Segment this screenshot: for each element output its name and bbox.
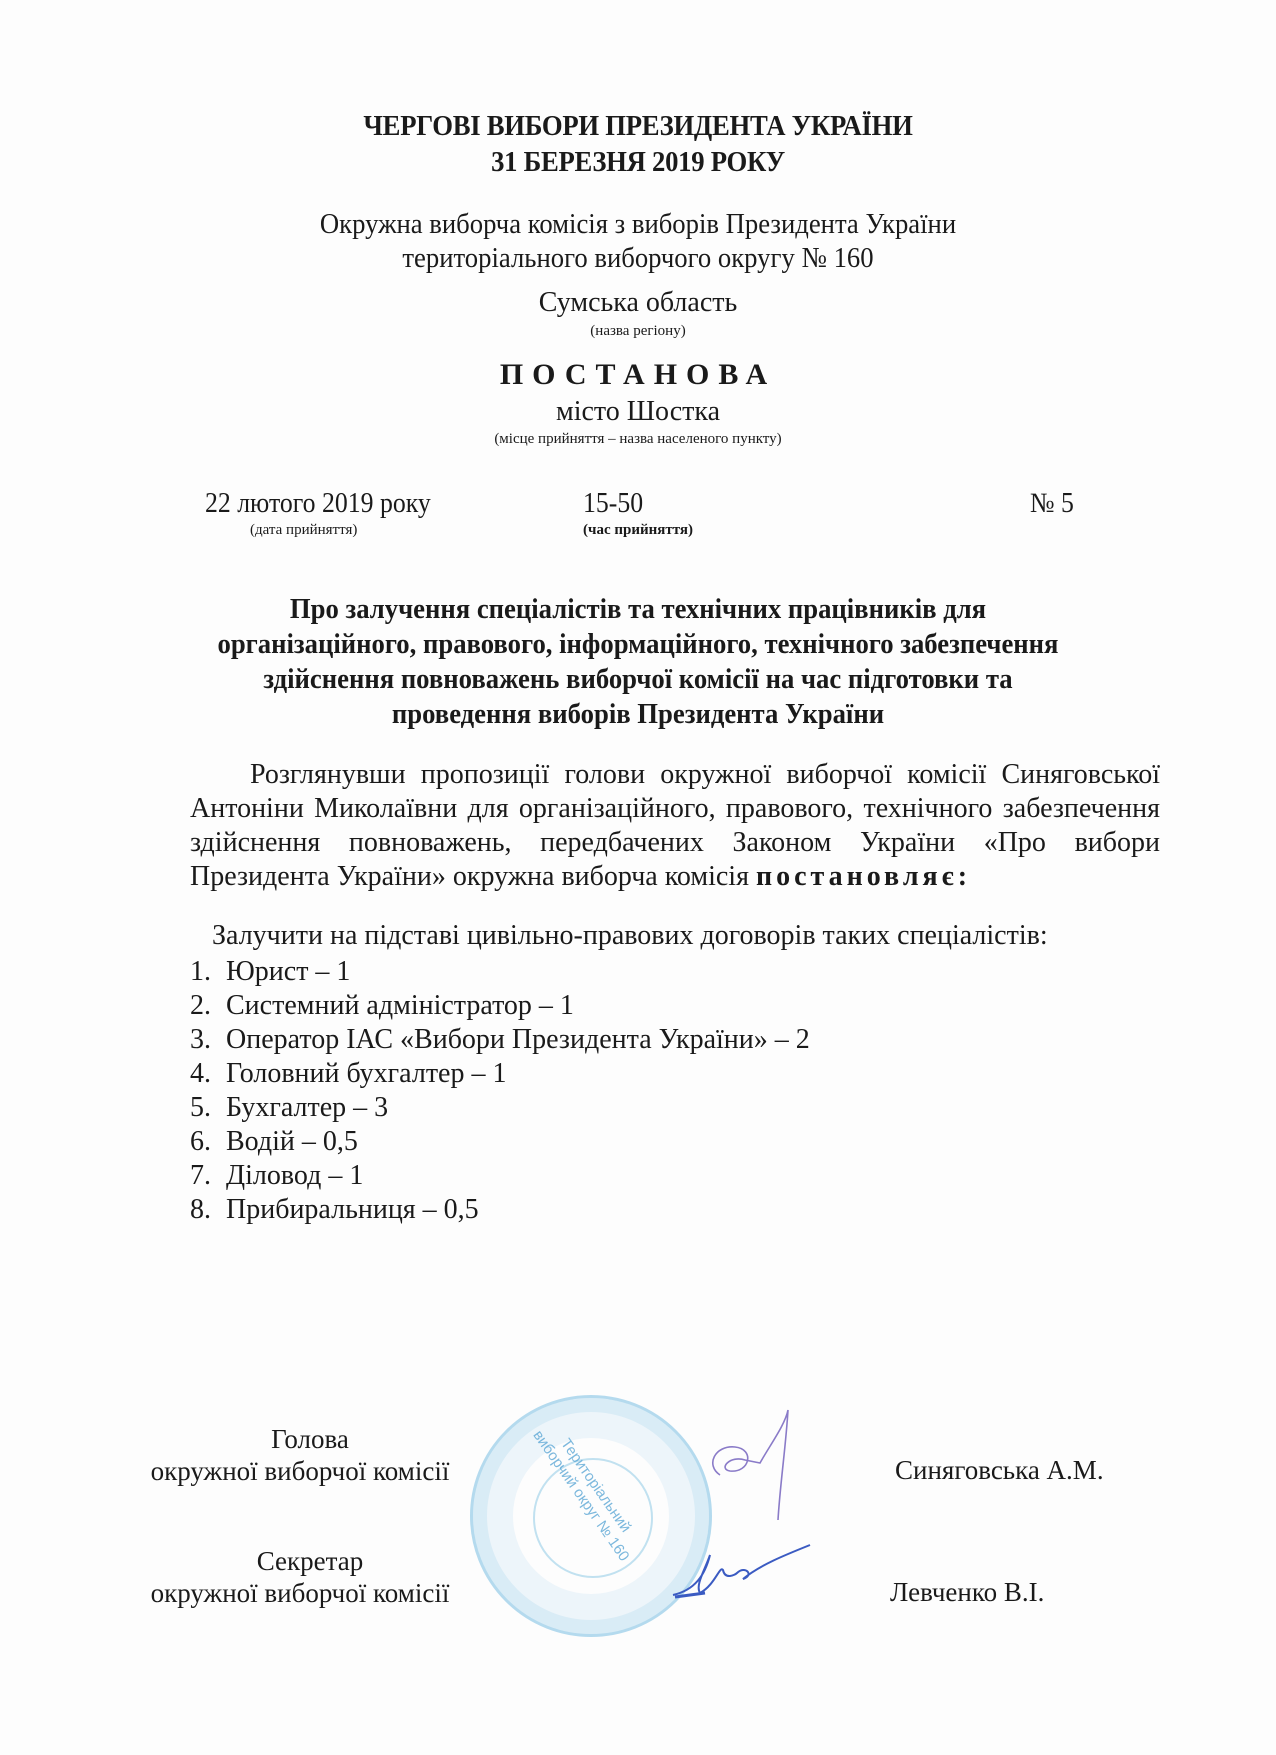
list-item: 6.Водій – 0,5 [190,1125,810,1159]
chair-name: Синяговська А.М. [895,1455,1104,1486]
region-caption: (назва регіону) [0,323,1276,340]
city-caption: (місце прийняття – назва населеного пунк… [0,431,1276,448]
commission-line1: Окружна виборча комісія з виборів Презид… [51,207,1225,241]
list-item: 5.Бухгалтер – 3 [190,1091,810,1125]
time-caption: (час прийняття) [583,522,693,539]
chair-title: Голова [150,1423,470,1455]
commission-line2: територіального виборчого округу № 160 [51,241,1225,275]
specialists-list: 1.Юрист – 1 2.Системний адміністратор – … [190,955,810,1227]
preamble-text: Розглянувши пропозиції голови окружної в… [190,759,1160,892]
adoption-date: 22 лютого 2019 року [205,488,431,520]
list-intro: Залучити на підставі цивільно-правових д… [212,920,1048,952]
preamble-paragraph: Розглянувши пропозиції голови окружної в… [190,758,1160,894]
secretary-title: Секретар [150,1545,470,1577]
adoption-time: 15-50 [583,488,643,520]
secretary-signature-icon [665,1535,815,1605]
chair-org: окружної виборчої комісії [120,1455,480,1487]
secretary-name: Левченко В.І. [890,1577,1044,1608]
list-item: 4.Головний бухгалтер – 1 [190,1057,810,1091]
date-caption: (дата прийняття) [250,522,357,539]
subject-line3: здійснення повноважень виборчої комісії … [51,662,1225,697]
election-title-line1: ЧЕРГОВІ ВИБОРИ ПРЕЗИДЕНТА УКРАЇНИ [51,108,1225,144]
subject-line2: організаційного, правового, інформаційно… [51,627,1225,662]
document-number: № 5 [1030,488,1074,520]
city: місто Шостка [0,396,1276,428]
list-item: 3.Оператор ІАС «Вибори Президента Україн… [190,1023,810,1057]
region: Сумська область [0,287,1276,319]
subject-line4: проведення виборів Президента України [51,697,1225,732]
resolves-text: постановляє: [756,861,971,892]
list-item: 1.Юрист – 1 [190,955,810,989]
chair-signature-icon [700,1405,810,1525]
list-item: 2.Системний адміністратор – 1 [190,989,810,1023]
list-item: 7.Діловод – 1 [190,1159,810,1193]
list-item: 8.Прибиральниця – 0,5 [190,1193,810,1227]
secretary-org: окружної виборчої комісії [120,1577,480,1609]
subject-line1: Про залучення спеціалістів та технічних … [51,592,1225,627]
election-title-line2: 31 БЕРЕЗНЯ 2019 РОКУ [51,144,1225,180]
document-type: ПОСТАНОВА [0,358,1276,392]
